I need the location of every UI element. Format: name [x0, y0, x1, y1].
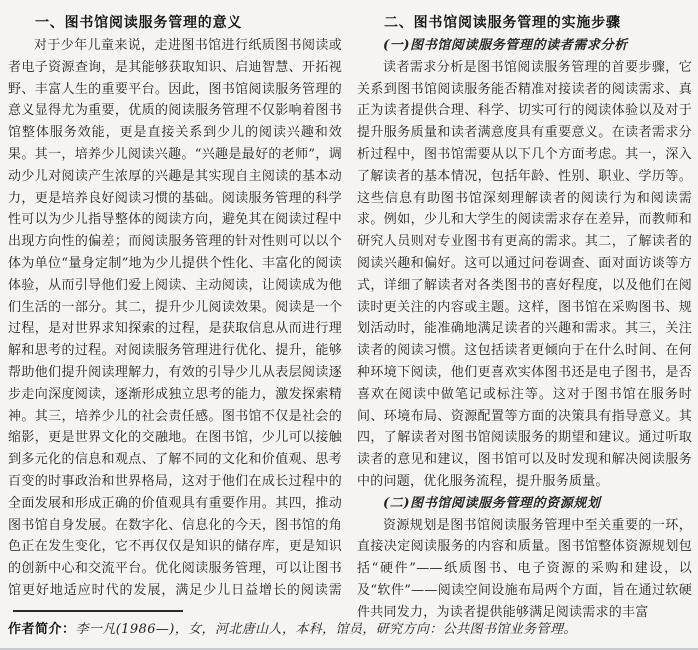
left-column: 一、图书馆阅读服务管理的意义 对于少年儿童来说，走进图书馆进行纸质图书阅读或者电…: [8, 12, 342, 598]
journal-page: 一、图书馆阅读服务管理的意义 对于少年儿童来说，走进图书馆进行纸质图书阅读或者电…: [0, 0, 698, 650]
section-2-heading: 二、图书馆阅读服务管理的实施步骤: [357, 12, 692, 35]
section-2-2-subheading: (二)图书馆阅读服务管理的资源规划: [357, 493, 692, 515]
section-2-2-paragraph: 资源规划是图书馆阅读服务管理中至关重要的一环，直接决定阅读服务的内容和质量。图书…: [357, 515, 692, 624]
author-note: 作者简介：李一凡(1986—)，女，河北唐山人，本科，馆员，研究方向：公共图书馆…: [8, 620, 692, 640]
right-column: 二、图书馆阅读服务管理的实施步骤 (一)图书馆阅读服务管理的读者需求分析 读者需…: [357, 12, 692, 624]
section-1-paragraph: 对于少年儿童来说，走进图书馆进行纸质图书阅读或者电子资源查询，是其能够获取知识、…: [8, 35, 342, 598]
author-note-text: 李一凡(1986—)，女，河北唐山人，本科，馆员，研究方向：公共图书馆业务管理。: [76, 622, 577, 637]
footnote-divider: [13, 610, 183, 612]
section-2-1-subheading: (一)图书馆阅读服务管理的读者需求分析: [357, 35, 692, 57]
section-1-heading: 一、图书馆阅读服务管理的意义: [8, 12, 342, 35]
author-note-label: 作者简介：: [8, 622, 76, 637]
section-2-1-paragraph: 读者需求分析是图书馆阅读服务管理的首要步骤，它关系到图书馆阅读服务能否精准对接读…: [357, 57, 692, 493]
